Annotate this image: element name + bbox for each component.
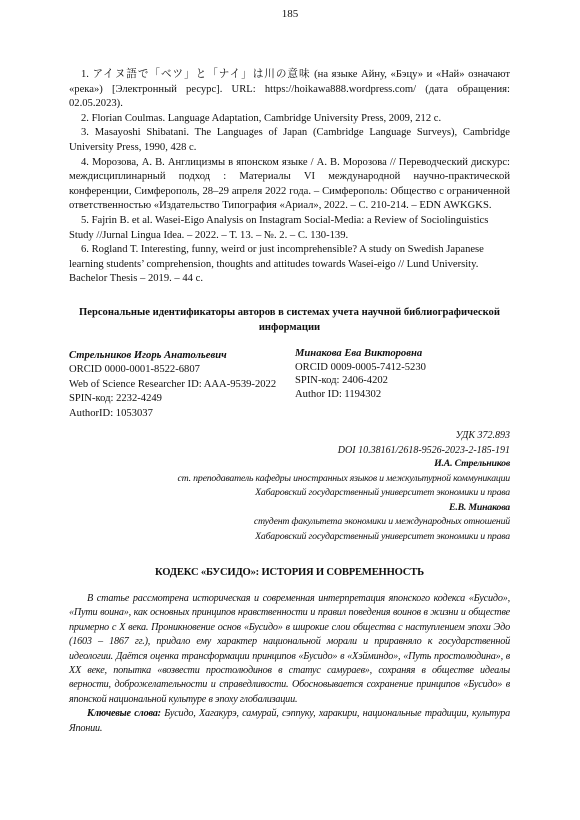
author-id-line: ORCID 0009-0005-7412-5230 <box>295 361 510 375</box>
author-short-name: Е.В. Минакова <box>178 501 510 516</box>
author-full-name: Минакова Ева Викторовна <box>295 347 510 361</box>
abstract: В статье рассмотрена историческая и совр… <box>69 592 510 736</box>
author-id-line: Web of Science Researcher ID: AAA-9539-2… <box>69 378 294 392</box>
reference-item: 2. Florian Coulmas. Language Adaptation,… <box>69 112 510 127</box>
identifiers-section-title: Персональные идентификаторы авторов в си… <box>69 305 510 335</box>
author-id-line: SPIN-код: 2232-4249 <box>69 392 294 406</box>
document-page: 185 1. アイヌ語で「ベツ」と「ナイ」は川の意味 (на языке Айн… <box>0 0 580 820</box>
author-identifiers-1: Стрельников Игорь Анатольевич ORCID 0000… <box>69 349 294 421</box>
author-full-name: Стрельников Игорь Анатольевич <box>69 349 294 363</box>
reference-item: 6. Rogland T. Interesting, funny, weird … <box>69 243 510 287</box>
reference-item: 4. Морозова, А. В. Англицизмы в японском… <box>69 156 510 214</box>
doi: DOI 10.38161/2618-9526-2023-2-185-191 <box>338 444 510 459</box>
article-authors: И.А. Стрельников ст. преподаватель кафед… <box>178 457 510 544</box>
keywords: Ключевые слова: Бусидо, Хагакурэ, самура… <box>69 707 510 736</box>
reference-item: 5. Fajrin B. et al. Wasei-Eigo Analysis … <box>69 214 510 243</box>
keywords-label: Ключевые слова: <box>87 708 161 719</box>
reference-item: 1. アイヌ語で「ベツ」と「ナイ」は川の意味 (на языке Айну, «… <box>69 68 510 112</box>
udk-code: УДК 372.893 <box>338 429 510 444</box>
author-position: студент факультета экономики и междунаро… <box>178 515 510 530</box>
article-meta: УДК 372.893 DOI 10.38161/2618-9526-2023-… <box>338 429 510 458</box>
page-number: 185 <box>0 8 580 20</box>
author-organization: Хабаровский государственный университет … <box>178 530 510 545</box>
article-title: КОДЕКС «БУСИДО»: ИСТОРИЯ И СОВРЕМЕННОСТЬ <box>69 567 510 578</box>
author-id-line: ORCID 0000-0001-8522-6807 <box>69 363 294 377</box>
author-id-line: Author ID: 1194302 <box>295 388 510 402</box>
reference-list: 1. アイヌ語で「ベツ」と「ナイ」は川の意味 (на языке Айну, «… <box>69 68 510 287</box>
author-id-line: AuthorID: 1053037 <box>69 407 294 421</box>
author-organization: Хабаровский государственный университет … <box>178 486 510 501</box>
author-id-line: SPIN-код: 2406-4202 <box>295 374 510 388</box>
abstract-text: В статье рассмотрена историческая и совр… <box>69 592 510 707</box>
reference-item: 3. Masayoshi Shibatani. The Languages of… <box>69 126 510 155</box>
author-identifiers-2: Минакова Ева Викторовна ORCID 0009-0005-… <box>295 347 510 401</box>
author-position: ст. преподаватель кафедры иностранных яз… <box>178 472 510 487</box>
author-short-name: И.А. Стрельников <box>178 457 510 472</box>
